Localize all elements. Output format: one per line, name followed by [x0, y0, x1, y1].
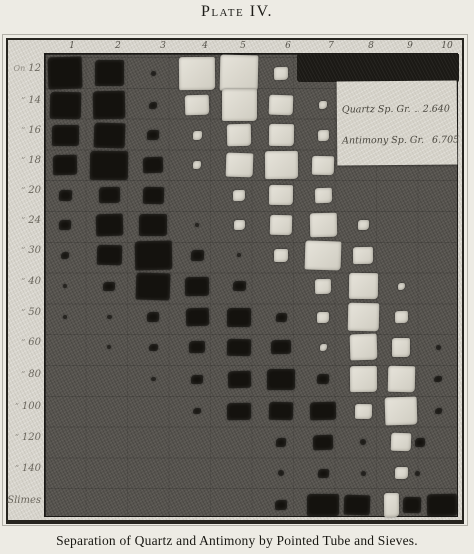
sample-patch-dark	[414, 470, 419, 475]
sample-patch-light	[394, 467, 407, 479]
column-scale: 12345678910	[8, 40, 462, 53]
row-label-prefix: ”	[15, 400, 19, 413]
sample-patch-dark	[267, 369, 295, 390]
page: { "page": { "title": "Plate IV.", "capti…	[0, 0, 474, 554]
sample-patch-dark	[61, 251, 69, 258]
legend-value-quartz: 2.640	[423, 104, 450, 115]
row-label: ”14	[8, 94, 41, 107]
row-label-text: 24	[28, 214, 41, 227]
sample-patch-dark	[360, 470, 365, 475]
sample-patch-light	[179, 56, 215, 89]
sample-patch-dark	[310, 402, 336, 421]
sample-patch-dark	[147, 312, 159, 322]
sample-patch-dark	[143, 157, 163, 174]
column-label: 1	[69, 40, 75, 53]
sample-patch-dark	[275, 312, 286, 321]
sample-patch-light	[394, 311, 407, 323]
sample-patch-dark	[434, 376, 442, 382]
sample-patch-dark	[227, 308, 251, 327]
sample-patch-dark	[98, 187, 119, 203]
sample-patch-dark	[435, 344, 440, 349]
row-label: ”24	[8, 214, 41, 227]
sample-patch-dark	[149, 101, 157, 108]
sample-patch-light	[192, 130, 201, 139]
row-label-text: 140	[22, 462, 41, 475]
column-label: 10	[441, 40, 452, 53]
sample-patch-light	[348, 273, 377, 299]
sample-patch-light	[353, 246, 373, 263]
sample-patch-light	[274, 66, 288, 79]
sample-patch-light	[193, 161, 201, 169]
sample-patch-dark	[185, 276, 209, 295]
column-label: 5	[240, 40, 246, 53]
row-label: ”50	[8, 306, 41, 319]
sample-patch-light	[305, 240, 342, 270]
row-label-prefix: ”	[21, 336, 25, 349]
row-label-text: 20	[28, 184, 41, 197]
legend-item-antimony: Antimony Sp. Gr. 6.705	[342, 135, 450, 147]
row-label: ”40	[8, 275, 41, 288]
sample-patch-dark	[193, 408, 201, 414]
sample-patch-light	[347, 303, 379, 332]
sample-patch-dark	[147, 130, 159, 140]
caption: Separation of Quartz and Antimony by Poi…	[0, 533, 474, 549]
row-label-prefix: ”	[21, 275, 25, 288]
row-label-prefix: ”	[21, 154, 25, 167]
column-label: 9	[407, 40, 413, 53]
row-label: ”140	[8, 462, 41, 475]
sample-patch-light	[269, 95, 294, 116]
row-label-prefix: ”	[21, 368, 25, 381]
sample-patch-dark	[53, 155, 77, 175]
row-label: ”30	[8, 244, 41, 257]
row-label-prefix: ”	[21, 244, 25, 257]
row-label-prefix: ”	[21, 184, 25, 197]
row-label-text: 50	[28, 306, 41, 319]
sample-patch-light	[227, 124, 251, 146]
row-label-prefix: ”	[21, 94, 25, 107]
sample-patch-light	[319, 101, 327, 109]
column-label: 2	[115, 40, 121, 53]
row-label-text: 60	[28, 336, 41, 349]
row-label-prefix: ”	[21, 214, 25, 227]
column-label: 8	[368, 40, 374, 53]
legend-leader	[415, 111, 419, 112]
plate-frame: 12345678910 On12”14”16”18”20”24”30”40”50…	[6, 38, 464, 524]
sample-patch-dark	[189, 341, 205, 353]
row-label-text: Slimes	[7, 494, 41, 507]
sample-patch-light	[391, 433, 412, 452]
sample-patch-light	[185, 95, 210, 116]
row-label: Slimes	[8, 494, 41, 507]
sample-patch-light	[315, 278, 331, 293]
sample-patch-light	[269, 185, 293, 205]
sample-patch-dark	[237, 253, 241, 257]
row-label-prefix: On	[14, 62, 26, 75]
sample-patch-dark	[232, 281, 245, 291]
row-label: ”16	[8, 124, 41, 137]
sample-patch-dark	[317, 468, 328, 477]
row-label: ”60	[8, 336, 41, 349]
sample-patch-dark	[106, 315, 111, 319]
row-label-prefix: ”	[21, 124, 25, 137]
sample-patch-dark	[142, 186, 163, 203]
sample-patch-light	[233, 220, 244, 230]
sample-patch-dark	[93, 122, 125, 148]
sample-patch-dark	[195, 223, 199, 227]
row-label: ”20	[8, 184, 41, 197]
row-label-text: 100	[22, 400, 41, 413]
sample-patch-dark	[275, 500, 287, 510]
sample-patch-dark	[90, 150, 128, 179]
legend-label-antimony: Antimony Sp. Gr.	[342, 135, 424, 147]
sample-patch-dark	[190, 249, 203, 260]
sample-patch-dark	[427, 494, 457, 517]
page-title: Plate IV.	[0, 3, 474, 21]
row-label: ”18	[8, 154, 41, 167]
sieve-size-scale: On12”14”16”18”20”24”30”40”50”60”80”100”1…	[8, 53, 44, 520]
sample-patch-dark	[313, 434, 333, 450]
sample-patch-dark	[227, 338, 251, 355]
sample-patch-light	[309, 213, 336, 238]
sample-patch-dark	[48, 56, 83, 89]
column-label: 4	[202, 40, 208, 53]
dark-exposure-band	[297, 54, 459, 82]
sample-patch-dark	[139, 214, 167, 236]
sample-patch-dark	[435, 408, 442, 414]
sample-patch-light	[274, 249, 288, 262]
sample-patch-dark	[136, 272, 171, 300]
sample-patch-light	[225, 153, 253, 178]
sample-patch-dark	[107, 345, 111, 349]
sample-patch-dark	[271, 340, 291, 354]
sample-patch-dark	[276, 437, 286, 446]
sample-patch-dark	[103, 282, 115, 291]
sample-patch-dark	[134, 240, 172, 270]
sample-patch-dark	[52, 125, 79, 146]
sample-patch-dark	[191, 374, 203, 383]
sample-patch-dark	[49, 91, 81, 119]
row-label-text: 16	[28, 124, 41, 137]
sample-patch-dark	[269, 402, 293, 420]
sample-patch-dark	[59, 220, 71, 230]
sample-patch-dark	[96, 245, 121, 266]
column-label: 6	[285, 40, 291, 53]
sample-patch-light	[383, 493, 398, 517]
sample-patch-light	[317, 311, 329, 322]
row-label-prefix: ”	[21, 306, 25, 319]
sample-patch-light	[222, 89, 257, 121]
sample-patch-dark	[415, 437, 425, 446]
sample-patch-dark	[58, 189, 71, 200]
row-label-text: 30	[28, 244, 41, 257]
legend-label-quartz: Quartz Sp. Gr.	[342, 104, 411, 116]
sample-patch-dark	[95, 60, 124, 86]
legend-value-antimony: 6.705	[432, 134, 459, 145]
sample-patch-dark	[150, 377, 155, 381]
sample-patch-light	[385, 397, 418, 426]
sample-patch-light	[349, 366, 376, 392]
sample-patch-dark	[95, 214, 123, 237]
sample-patch-light	[349, 334, 377, 361]
row-label-prefix: ”	[15, 431, 19, 444]
sample-patch-light	[270, 215, 292, 235]
sample-patch-dark	[185, 308, 209, 327]
sample-patch-dark	[93, 91, 126, 120]
column-label: 3	[160, 40, 166, 53]
sample-patch-dark	[278, 470, 284, 476]
row-label-prefix: ”	[15, 462, 19, 475]
sample-patch-light	[220, 55, 259, 92]
row-label: ”80	[8, 368, 41, 381]
sample-patch-dark	[227, 370, 251, 388]
sample-patch-dark	[360, 439, 366, 445]
plate-photo: Quartz Sp. Gr. 2.640 Antimony Sp. Gr. 6.…	[44, 53, 458, 517]
sample-patch-light	[397, 282, 404, 289]
row-label-text: 40	[28, 275, 41, 288]
sample-patch-light	[387, 366, 415, 393]
sample-patch-light	[317, 129, 328, 140]
column-label: 7	[328, 40, 334, 53]
legend-box: Quartz Sp. Gr. 2.640 Antimony Sp. Gr. 6.…	[337, 80, 458, 165]
sample-patch-light	[268, 124, 293, 146]
row-label-text: 14	[28, 94, 41, 107]
sample-patch-light	[233, 189, 245, 200]
row-label-text: 12	[28, 62, 41, 75]
row-label: On12	[8, 62, 41, 75]
sample-patch-light	[312, 155, 334, 174]
sample-patch-dark	[63, 315, 67, 319]
row-label: ”100	[8, 400, 41, 413]
sample-patch-dark	[307, 494, 339, 516]
sample-patch-light	[314, 187, 331, 203]
sample-patch-dark	[148, 343, 157, 350]
row-label-text: 120	[22, 431, 41, 444]
sample-patch-dark	[150, 70, 155, 75]
sample-patch-light	[264, 151, 297, 179]
sample-patch-dark	[227, 402, 251, 419]
sample-patch-light	[392, 338, 410, 357]
sample-patch-dark	[403, 497, 421, 513]
legend-item-quartz: Quartz Sp. Gr. 2.640	[342, 104, 450, 116]
row-label: ”120	[8, 431, 41, 444]
row-label-text: 18	[28, 154, 41, 167]
sample-patch-dark	[63, 284, 67, 288]
sample-patch-light	[357, 220, 368, 230]
row-label-text: 80	[28, 368, 41, 381]
sample-patch-dark	[344, 495, 371, 516]
sample-patch-light	[319, 343, 326, 350]
sample-patch-light	[354, 403, 371, 418]
sample-patch-dark	[317, 374, 329, 384]
